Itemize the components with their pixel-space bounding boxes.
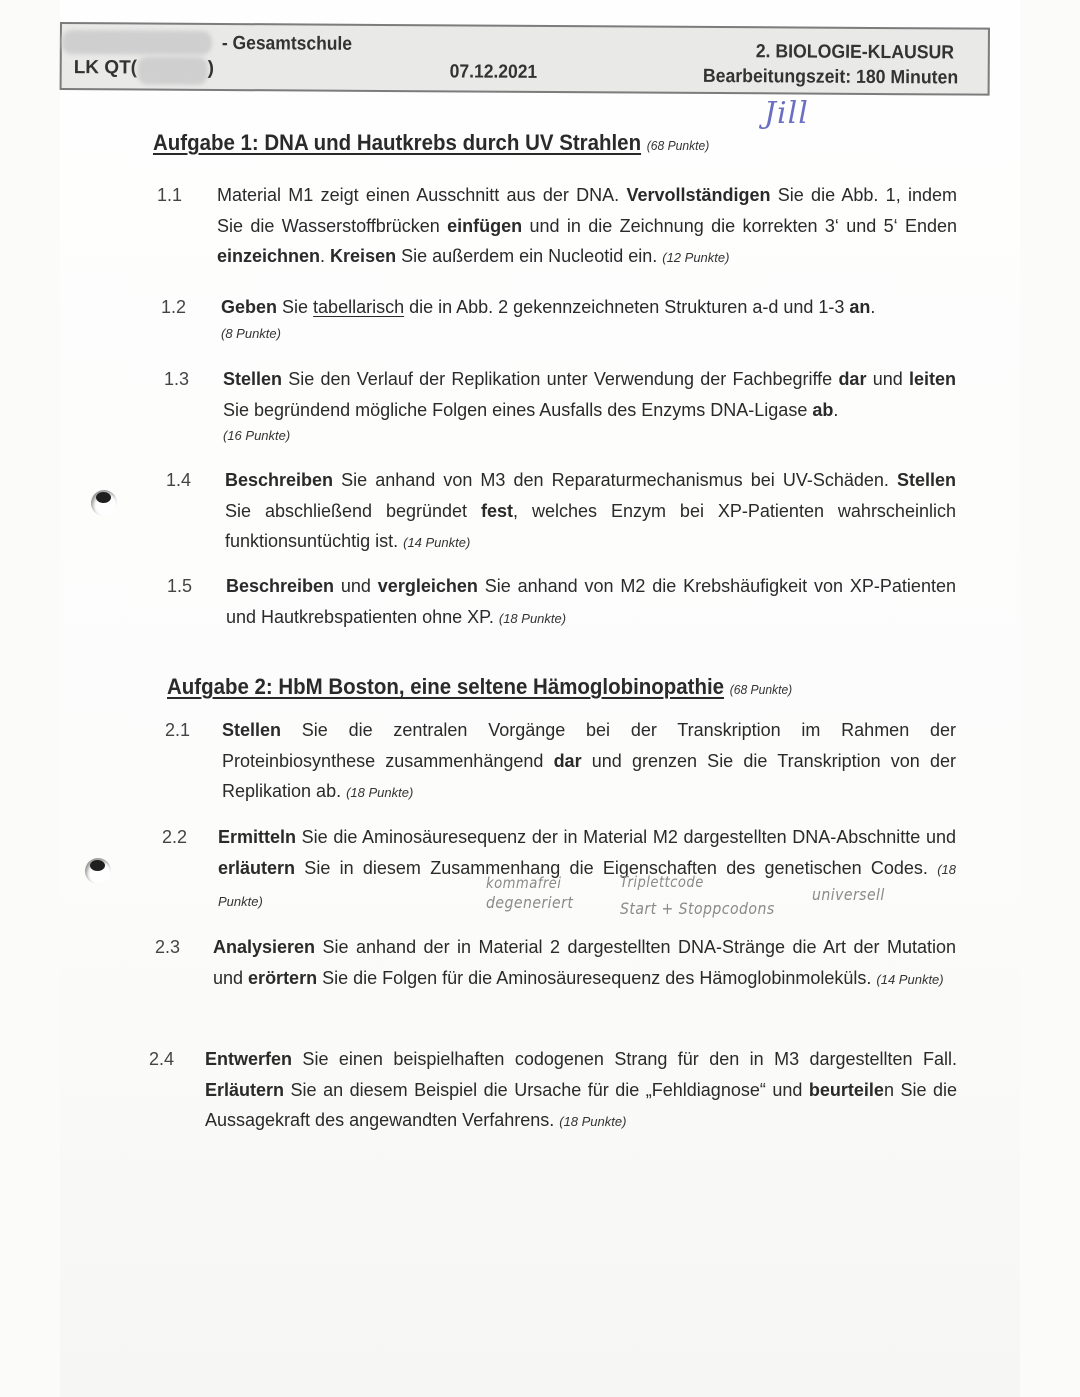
section-title: Aufgabe 2: HbM Boston, eine seltene Hämo… bbox=[167, 674, 724, 699]
punch-hole bbox=[91, 490, 117, 516]
task-number: 2.1 bbox=[165, 715, 190, 746]
operator-verb: beurteile bbox=[809, 1080, 884, 1100]
handwritten-note: Start + Stoppcodons bbox=[620, 899, 775, 918]
operator-verb: fest bbox=[481, 501, 513, 521]
task-points: (14 Punkte) bbox=[876, 972, 943, 987]
operator-verb: dar bbox=[838, 369, 866, 389]
handwritten-note: kommafrei bbox=[486, 874, 561, 892]
task-number: 1.1 bbox=[157, 180, 182, 211]
operator-verb: Beschreiben bbox=[225, 470, 333, 490]
operator-verb: Kreisen bbox=[330, 246, 396, 266]
task-number: 2.2 bbox=[162, 822, 187, 853]
operator-verb: Erläutern bbox=[205, 1080, 284, 1100]
handwritten-note: universell bbox=[812, 885, 885, 904]
task-points: (16 Punkte) bbox=[223, 425, 956, 447]
operator-verb: erläutern bbox=[218, 858, 295, 878]
task-text: Geben Sie tabellarisch die in Abb. 2 gek… bbox=[221, 292, 956, 345]
task-number: 1.3 bbox=[164, 364, 189, 395]
operator-verb: einzeichnen bbox=[217, 246, 320, 266]
operator-verb: erörtern bbox=[248, 968, 317, 988]
operator-verb: Analysieren bbox=[213, 937, 315, 957]
task-points: (14 Punkte) bbox=[403, 535, 470, 550]
task-points: (18 Punkte) bbox=[346, 785, 413, 800]
handwritten-note: Triplettcode bbox=[620, 873, 704, 891]
task-text: Entwerfen Sie einen beispielhaften codog… bbox=[205, 1044, 957, 1138]
task-text: Stellen Sie den Verlauf der Replikation … bbox=[223, 364, 956, 447]
operator-verb: vergleichen bbox=[378, 576, 478, 596]
task-number: 2.4 bbox=[149, 1044, 174, 1075]
course-label: LK QT( bbox=[74, 57, 137, 79]
task-text: Stellen Sie die zentralen Vorgänge bei d… bbox=[222, 715, 956, 809]
task-text: Beschreiben und vergleichen Sie anhand v… bbox=[226, 571, 956, 634]
operator-verb: Stellen bbox=[897, 470, 956, 490]
section-2-heading: Aufgabe 2: HbM Boston, eine seltene Hämo… bbox=[167, 674, 792, 700]
task-text: Beschreiben Sie anhand von M3 den Repara… bbox=[225, 465, 956, 559]
operator-verb: Ermitteln bbox=[218, 827, 296, 847]
section-1-heading: Aufgabe 1: DNA und Hautkrebs durch UV St… bbox=[153, 130, 709, 156]
exam-duration: Bearbeitungszeit: 180 Minuten bbox=[702, 66, 957, 90]
operator-verb: leiten bbox=[909, 369, 956, 389]
operator-verb: Geben bbox=[221, 297, 277, 317]
task-points: (8 Punkte) bbox=[221, 323, 956, 345]
task-number: 1.2 bbox=[161, 292, 186, 323]
operator-verb: ab bbox=[812, 400, 833, 420]
operator-verb: Stellen bbox=[222, 720, 281, 740]
operator-verb: Stellen bbox=[223, 369, 282, 389]
exam-title: 2. BIOLOGIE-KLAUSUR bbox=[755, 41, 953, 64]
task-points: (18 Punkte) bbox=[559, 1114, 626, 1129]
task-text: Analysieren Sie anhand der in Material 2… bbox=[213, 932, 956, 995]
task-number: 1.4 bbox=[166, 465, 191, 496]
operator-verb: Vervollständigen bbox=[626, 185, 770, 205]
section-title: Aufgabe 1: DNA und Hautkrebs durch UV St… bbox=[153, 130, 641, 155]
operator-verb: Beschreiben bbox=[226, 576, 334, 596]
task-number: 2.3 bbox=[155, 932, 180, 963]
underlined-term: tabellarisch bbox=[313, 297, 404, 317]
task-points: (12 Punkte) bbox=[662, 250, 729, 265]
operator-verb: einfügen bbox=[447, 216, 522, 236]
operator-verb: an bbox=[849, 297, 870, 317]
task-points: (18 Punkte) bbox=[499, 611, 566, 626]
operator-verb: Entwerfen bbox=[205, 1049, 292, 1069]
school-name: - Gesamtschule bbox=[222, 33, 352, 56]
handwritten-signature: Jill bbox=[764, 96, 809, 131]
section-points: (68 Punkte) bbox=[647, 138, 709, 153]
redacted-course-id bbox=[138, 56, 208, 84]
exam-header: - Gesamtschule LK QT( ) 07.12.2021 2. BI… bbox=[60, 22, 990, 96]
task-text: Material M1 zeigt einen Ausschnitt aus d… bbox=[217, 180, 957, 274]
exam-date: 07.12.2021 bbox=[450, 61, 538, 84]
operator-verb: dar bbox=[554, 751, 582, 771]
task-number: 1.5 bbox=[167, 571, 192, 602]
section-points: (68 Punkte) bbox=[730, 682, 792, 697]
redacted-school-name bbox=[62, 30, 212, 55]
handwritten-note: degeneriert bbox=[486, 893, 573, 912]
course-label-close: ) bbox=[208, 58, 214, 80]
punch-hole bbox=[85, 858, 111, 884]
